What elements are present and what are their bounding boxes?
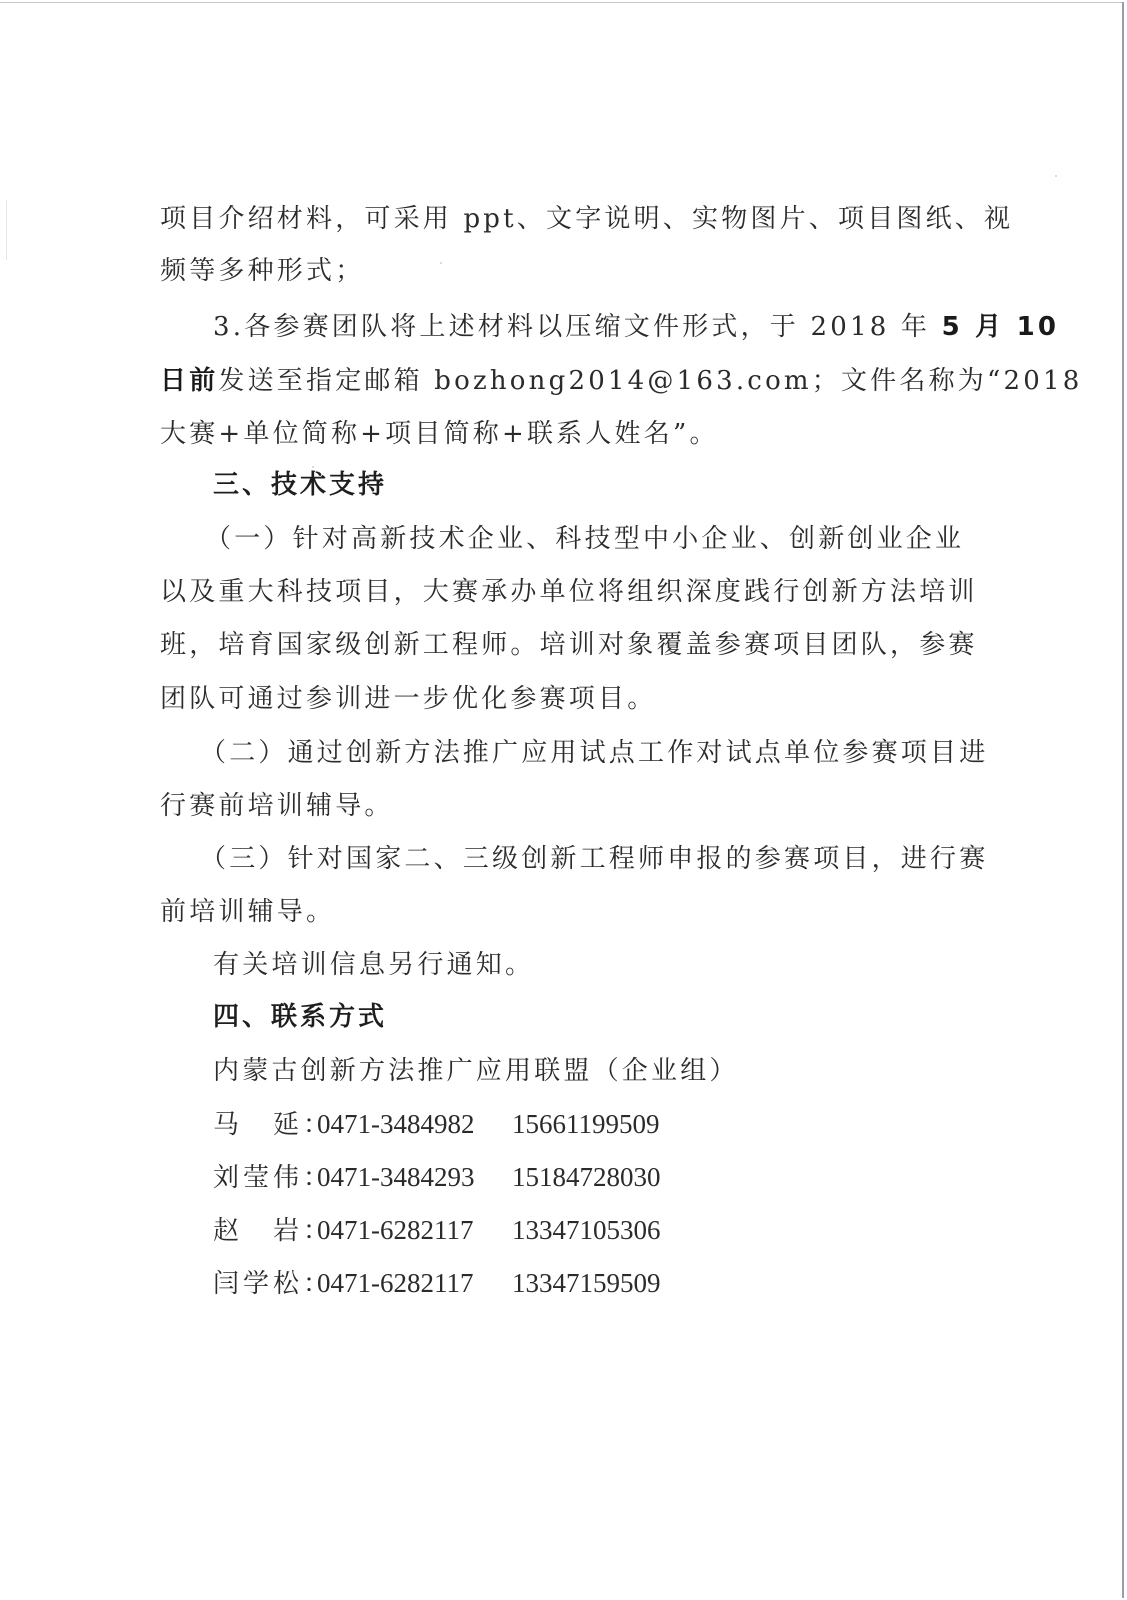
contact-mobile: 15184728030 <box>512 1162 661 1192</box>
contact-telephone: 0471-6282117 <box>317 1266 512 1300</box>
submission-text: 3.各参赛团队将上述材料以压缩文件形式，于 2018 年 <box>213 312 942 342</box>
paragraph-submission-line-2: 日前发送至指定邮箱 bozhong2014@163.com；文件名称为“2018 <box>160 364 1082 398</box>
deadline-date: 5 月 10 <box>942 312 1060 342</box>
paragraph-submission-line-3: 大赛+单位简称+项目简称+联系人姓名”。 <box>160 417 719 451</box>
section-3-item-3-line-1: （三）针对国家二、三级创新工程师申报的参赛项目，进行赛 <box>200 842 988 876</box>
section-3-note: 有关培训信息另行通知。 <box>213 948 534 982</box>
contact-name: 刘莹伟： <box>213 1161 317 1195</box>
document-page: 项目介绍材料，可采用 ppt、文字说明、实物图片、项目图纸、视 频等多种形式； … <box>0 0 1127 1600</box>
contact-row: 闫学松：0471-628211713347159509 <box>213 1266 661 1301</box>
section-4-heading: 四、联系方式 <box>213 1000 387 1034</box>
section-3-heading: 三、技术支持 <box>213 468 387 502</box>
scan-speck <box>1055 175 1057 177</box>
scan-border-right <box>1122 2 1124 1598</box>
section-3-item-2-line-2: 行赛前培训辅导。 <box>160 789 394 823</box>
section-3-item-3-line-2: 前培训辅导。 <box>160 895 335 929</box>
contact-row: 赵 岩：0471-628211713347105306 <box>213 1213 661 1248</box>
contact-telephone: 0471-3484293 <box>317 1160 512 1194</box>
contact-name: 闫学松： <box>213 1267 317 1301</box>
scan-speck <box>440 262 442 264</box>
contact-name: 赵 岩： <box>213 1214 317 1248</box>
contact-row: 刘莹伟：0471-348429315184728030 <box>213 1160 661 1195</box>
section-3-item-1-line-2: 以及重大科技项目，大赛承办单位将组织深度践行创新方法培训 <box>160 575 978 609</box>
scan-speck <box>312 466 314 468</box>
contact-telephone: 0471-3484982 <box>317 1107 512 1141</box>
section-3-item-1-line-4: 团队可通过参训进一步优化参赛项目。 <box>160 682 656 716</box>
contact-mobile: 15661199509 <box>512 1109 660 1139</box>
contact-telephone: 0471-6282117 <box>317 1213 512 1247</box>
paragraph-materials-line-1: 项目介绍材料，可采用 ppt、文字说明、实物图片、项目图纸、视 <box>160 202 1013 236</box>
contact-name: 马 延： <box>213 1108 317 1142</box>
deadline-suffix: 日前 <box>160 366 218 396</box>
section-3-item-1-line-3: 班，培育国家级创新工程师。培训对象覆盖参赛项目团队，参赛 <box>160 628 978 662</box>
section-3-item-2-line-1: （二）通过创新方法推广应用试点工作对试点单位参赛项目进 <box>200 736 988 770</box>
contact-mobile: 13347159509 <box>512 1268 661 1298</box>
contact-mobile: 13347105306 <box>512 1215 661 1245</box>
scan-border-left <box>6 200 7 260</box>
paragraph-materials-line-2: 频等多种形式； <box>160 254 364 288</box>
scan-border-top <box>0 2 1124 3</box>
section-3-item-1-line-1: （一）针对高新技术企业、科技型中小企业、创新创业企业 <box>205 522 964 556</box>
paragraph-submission-line-1: 3.各参赛团队将上述材料以压缩文件形式，于 2018 年 5 月 10 <box>213 310 1059 344</box>
contact-row: 马 延：0471-348498215661199509 <box>213 1107 660 1142</box>
submission-email-text: 发送至指定邮箱 bozhong2014@163.com；文件名称为“2018 <box>218 366 1082 396</box>
organization-name: 内蒙古创新方法推广应用联盟（企业组） <box>213 1054 739 1088</box>
